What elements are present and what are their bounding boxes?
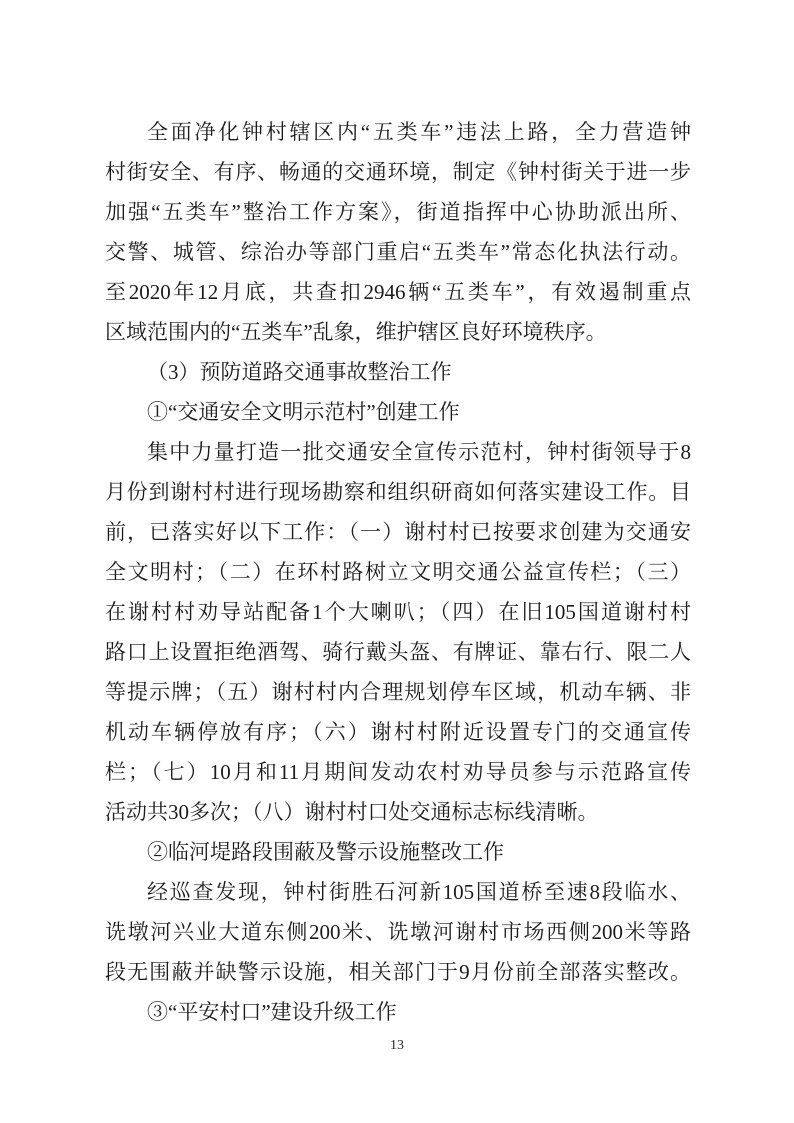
page-number: 13 [0,1036,794,1056]
text-line: 集中力量打造一批交通安全宣传示范村，钟村街领导于8 [105,432,691,472]
text-line: 等提示牌；（五）谢村村内合理规划停车区域，机动车辆、非 [105,672,691,712]
text-line: （3）预防道路交通事故整治工作 [105,352,691,392]
text-line: 段无围蔽并缺警示设施，相关部门于9月份前全部落实整改。 [105,952,691,992]
text-line: 前，已落实好以下工作：（一）谢村村已按要求创建为交通安 [105,512,691,552]
text-line: 经巡查发现，钟村街胜石河新105国道桥至速8段临水、 [105,872,691,912]
text-line: 全面净化钟村辖区内“五类车”违法上路，全力营造钟 [105,112,691,152]
text-line: 路口上设置拒绝酒驾、骑行戴头盔、有牌证、靠右行、限二人 [105,632,691,672]
text-line: 月份到谢村村进行现场勘察和组织研商如何落实建设工作。目 [105,472,691,512]
text-line: 加强“五类车”整治工作方案》，街道指挥中心协助派出所、 [105,192,691,232]
text-line: 诜墩河兴业大道东侧200米、诜墩河谢村市场西侧200米等路 [105,912,691,952]
text-line: 村街安全、有序、畅通的交通环境，制定《钟村街关于进一步 [105,152,691,192]
text-line: ①“交通安全文明示范村”创建工作 [105,392,691,432]
document-body: 全面净化钟村辖区内“五类车”违法上路，全力营造钟村街安全、有序、畅通的交通环境，… [105,112,691,1032]
text-line: ③“平安村口”建设升级工作 [105,992,691,1032]
text-line: 活动共30多次；（八）谢村村口处交通标志标线清晰。 [105,792,691,832]
text-line: 交警、城管、综治办等部门重启“五类车”常态化执法行动。 [105,232,691,272]
text-line: 至2020年12月底，共查扣2946辆“五类车”，有效遏制重点 [105,272,691,312]
text-line: ②临河堤路段围蔽及警示设施整改工作 [105,832,691,872]
text-line: 在谢村村劝导站配备1个大喇叭；（四）在旧105国道谢村村 [105,592,691,632]
text-line: 机动车辆停放有序；（六）谢村村附近设置专门的交通宣传 [105,712,691,752]
text-line: 区域范围内的“五类车”乱象，维护辖区良好环境秩序。 [105,312,691,352]
text-line: 栏；（七）10月和11月期间发动农村劝导员参与示范路宣传 [105,752,691,792]
document-page: 全面净化钟村辖区内“五类车”违法上路，全力营造钟村街安全、有序、畅通的交通环境，… [0,0,794,1123]
text-line: 全文明村；（二）在环村路树立文明交通公益宣传栏；（三） [105,552,691,592]
